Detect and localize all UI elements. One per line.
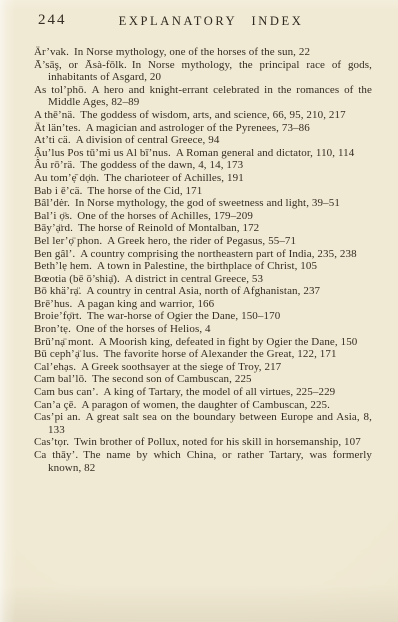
- entry-definition: A Moorish king, defeated in fight by Ogi…: [99, 336, 358, 348]
- book-page: 244 EXPLANATORY INDEX Är’vak.In Norse my…: [0, 0, 398, 622]
- index-entry: Är’vak.In Norse mythology, one of the ho…: [34, 46, 372, 59]
- page-header: 244 EXPLANATORY INDEX: [34, 10, 372, 32]
- entry-definition: A magician and astrologer of the Pyrenee…: [86, 122, 310, 134]
- index-entry: Ben gâl’.A country comprising the northe…: [34, 248, 372, 261]
- entry-definition: A paragon of women, the daughter of Camb…: [81, 399, 330, 411]
- entry-term: Bron’tẹ.: [34, 323, 71, 335]
- entry-term: A thē’nä.: [34, 109, 75, 121]
- running-head-title: EXPLANATORY INDEX: [50, 10, 372, 29]
- index-entry: Bāy’ạ̈rd.The horse of Reinold of Montalb…: [34, 222, 372, 235]
- entry-term: Bāy’ạ̈rd.: [34, 222, 73, 234]
- entry-definition: One of the horses of Achilles, 179–209: [77, 210, 253, 222]
- entry-term: Brū’nạ̈ mont.: [34, 336, 94, 348]
- entry-definition: The name by which China, or rather Tarta…: [48, 449, 372, 474]
- entry-term: Ca thāy’.: [34, 449, 78, 461]
- index-entry: Cam bal’lō.The second son of Cambuscan, …: [34, 373, 372, 386]
- entry-definition: The goddess of the dawn, 4, 14, 173: [80, 159, 243, 171]
- entry-definition: The war-horse of Ogier the Dane, 150–170: [87, 310, 280, 322]
- index-entry: Âu rō’rä.The goddess of the dawn, 4, 14,…: [34, 159, 372, 172]
- index-entry: Broie’fọ̈rt.The war-horse of Ogier the D…: [34, 310, 372, 323]
- entry-term: Beth’lẹ hem.: [34, 260, 92, 272]
- entry-term: Bal’i ọ̈s.: [34, 210, 72, 222]
- entry-definition: A Greek hero, the rider of Pegasus, 55–7…: [107, 235, 296, 247]
- index-entry: Bal’i ọ̈s.One of the horses of Achilles,…: [34, 210, 372, 223]
- index-entry: At’ti cä.A division of central Greece, 9…: [34, 134, 372, 147]
- entry-definition: The charioteer of Achilles, 191: [104, 172, 244, 184]
- entry-definition: A king of Tartary, the model of all virt…: [104, 386, 336, 398]
- index-entry: As tol’phō.A hero and knight-errant cele…: [34, 84, 372, 109]
- index-entry: Bō khä’rạ̈.A country in central Asia, no…: [34, 285, 372, 298]
- entry-term: Ät län’tes.: [34, 122, 81, 134]
- index-entry: Cal’ehạs.A Greek soothsayer at the siege…: [34, 361, 372, 374]
- entry-definition: A Greek soothsayer at the siege of Troy,…: [81, 361, 281, 373]
- entry-term: At’ti cä.: [34, 134, 71, 146]
- index-entry: Bron’tẹ.One of the horses of Helios, 4: [34, 323, 372, 336]
- page-number: 244: [38, 12, 67, 29]
- entry-term: Ben gâl’.: [34, 248, 75, 260]
- entry-term: As tol’phō.: [34, 84, 87, 96]
- entry-term: Cam bus can’.: [34, 386, 99, 398]
- index-entry: Beth’lẹ hem.A town in Palestine, the bir…: [34, 260, 372, 273]
- entry-term: Cam bal’lō.: [34, 373, 87, 385]
- entry-term: Bō khä’rạ̈.: [34, 285, 81, 297]
- index-entry: Bel ler’ọ̈ phon.A Greek hero, the rider …: [34, 235, 372, 248]
- entry-definition: A country comprising the northeastern pa…: [80, 248, 356, 260]
- index-entry: Ca thāy’.The name by which China, or rat…: [34, 449, 372, 474]
- entry-term: Ā’sāş, or Āsà-fōlk.: [34, 59, 127, 71]
- index-entry: Cas’tọr.Twin brother of Pollux, noted fo…: [34, 436, 372, 449]
- entry-definition: A great salt sea on the boundary between…: [48, 411, 372, 436]
- index-entry: Cam bus can’.A king of Tartary, the mode…: [34, 386, 372, 399]
- index-entry: Bœotia (bē ō’shiạ̈).A district in centra…: [34, 273, 372, 286]
- entry-term: Bœotia (bē ō’shiạ̈).: [34, 273, 120, 285]
- entry-definition: The horse of Reinold of Montalban, 172: [78, 222, 259, 234]
- entry-term: Âu rō’rä.: [34, 159, 75, 171]
- entry-term: Can’a çē.: [34, 399, 76, 411]
- entry-definition: A district in central Greece, 53: [125, 273, 263, 285]
- index-entry: Ậu’lus Pos tū’mi us Al bī’nus.A Roman ge…: [34, 147, 372, 160]
- entry-term: Ậu’lus Pos tū’mi us Al bī’nus.: [34, 147, 171, 159]
- index-entry: Brē’hus.A pagan king and warrior, 166: [34, 298, 372, 311]
- entry-definition: The horse of the Cid, 171: [87, 185, 202, 197]
- entry-definition: A Roman general and dictator, 110, 114: [176, 147, 355, 159]
- entry-definition: The second son of Cambuscan, 225: [92, 373, 252, 385]
- entry-term: Bū ceph’ạ̈ lus.: [34, 348, 99, 360]
- entry-definition: One of the horses of Helios, 4: [76, 323, 211, 335]
- index-entry: Cas’pi an.A great salt sea on the bounda…: [34, 411, 372, 436]
- entry-term: Broie’fọ̈rt.: [34, 310, 82, 322]
- entry-definition: A hero and knight-errant celebrated in t…: [48, 84, 372, 109]
- index-entry: Can’a çē.A paragon of women, the daughte…: [34, 399, 372, 412]
- entry-term: Cas’pi an.: [34, 411, 81, 423]
- index-entry: Au tom’ẹ̄ dọ̈n.The charioteer of Achille…: [34, 172, 372, 185]
- index-entry: Brū’nạ̈ mont.A Moorish king, defeated in…: [34, 336, 372, 349]
- entry-term: Au tom’ẹ̄ dọ̈n.: [34, 172, 99, 184]
- entry-term: Brē’hus.: [34, 298, 72, 310]
- entry-definition: A pagan king and warrior, 166: [77, 298, 214, 310]
- entry-definition: In Norse mythology, the god of sweetness…: [75, 197, 340, 209]
- index-entry: Bab i ē’cä.The horse of the Cid, 171: [34, 185, 372, 198]
- index-entry: Ā’sāş, or Āsà-fōlk.In Norse mythology, t…: [34, 59, 372, 84]
- entry-term: Bab i ē’cä.: [34, 185, 82, 197]
- index-entry: Ät län’tes.A magician and astrologer of …: [34, 122, 372, 135]
- entry-definition: A division of central Greece, 94: [76, 134, 220, 146]
- entry-term: Cas’tọr.: [34, 436, 69, 448]
- entry-definition: Twin brother of Pollux, noted for his sk…: [74, 436, 361, 448]
- entry-definition: The favorite horse of Alexander the Grea…: [104, 348, 337, 360]
- entry-definition: In Norse mythology, one of the horses of…: [74, 46, 310, 58]
- entry-definition: The goddess of wisdom, arts, and science…: [80, 109, 345, 121]
- entry-term: Cal’ehạs.: [34, 361, 76, 373]
- entry-definition: A country in central Asia, north of Afgh…: [86, 285, 320, 297]
- index-entry: Bâl’dėr.In Norse mythology, the god of s…: [34, 197, 372, 210]
- index-entry: A thē’nä.The goddess of wisdom, arts, an…: [34, 109, 372, 122]
- index-entry: Bū ceph’ạ̈ lus.The favorite horse of Ale…: [34, 348, 372, 361]
- entry-definition: A town in Palestine, the birthplace of C…: [97, 260, 317, 272]
- entry-list: Är’vak.In Norse mythology, one of the ho…: [34, 46, 372, 474]
- entry-term: Bel ler’ọ̈ phon.: [34, 235, 102, 247]
- entry-term: Bâl’dėr.: [34, 197, 70, 209]
- entry-term: Är’vak.: [34, 46, 69, 58]
